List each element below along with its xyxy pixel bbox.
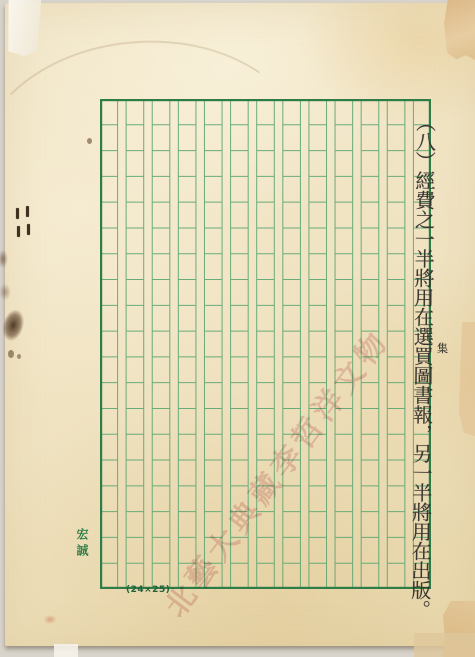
paper-brand-label: 宏誠: [74, 528, 91, 560]
ink-stain: [8, 350, 14, 358]
handwritten-text: （八）經費之一半將用在選買圖書報，另一半將用在出版。: [400, 112, 439, 628]
staple-marks: [15, 206, 31, 240]
tape-top-right: [444, 0, 475, 60]
handwritten-insertion-mark: 集: [437, 340, 448, 356]
tape-top-left: [5, 0, 41, 57]
speck-stain: [87, 138, 92, 144]
ink-stain: [17, 354, 21, 359]
scan-background: 宏誠 (24×25) （八）經費之一半將用在選買圖書報，另一半將用在出版。 集 …: [0, 0, 475, 657]
rust-stain: [42, 614, 58, 625]
tape-bottom-left: [54, 644, 78, 657]
tape-bottom-right-patch: [414, 633, 475, 657]
